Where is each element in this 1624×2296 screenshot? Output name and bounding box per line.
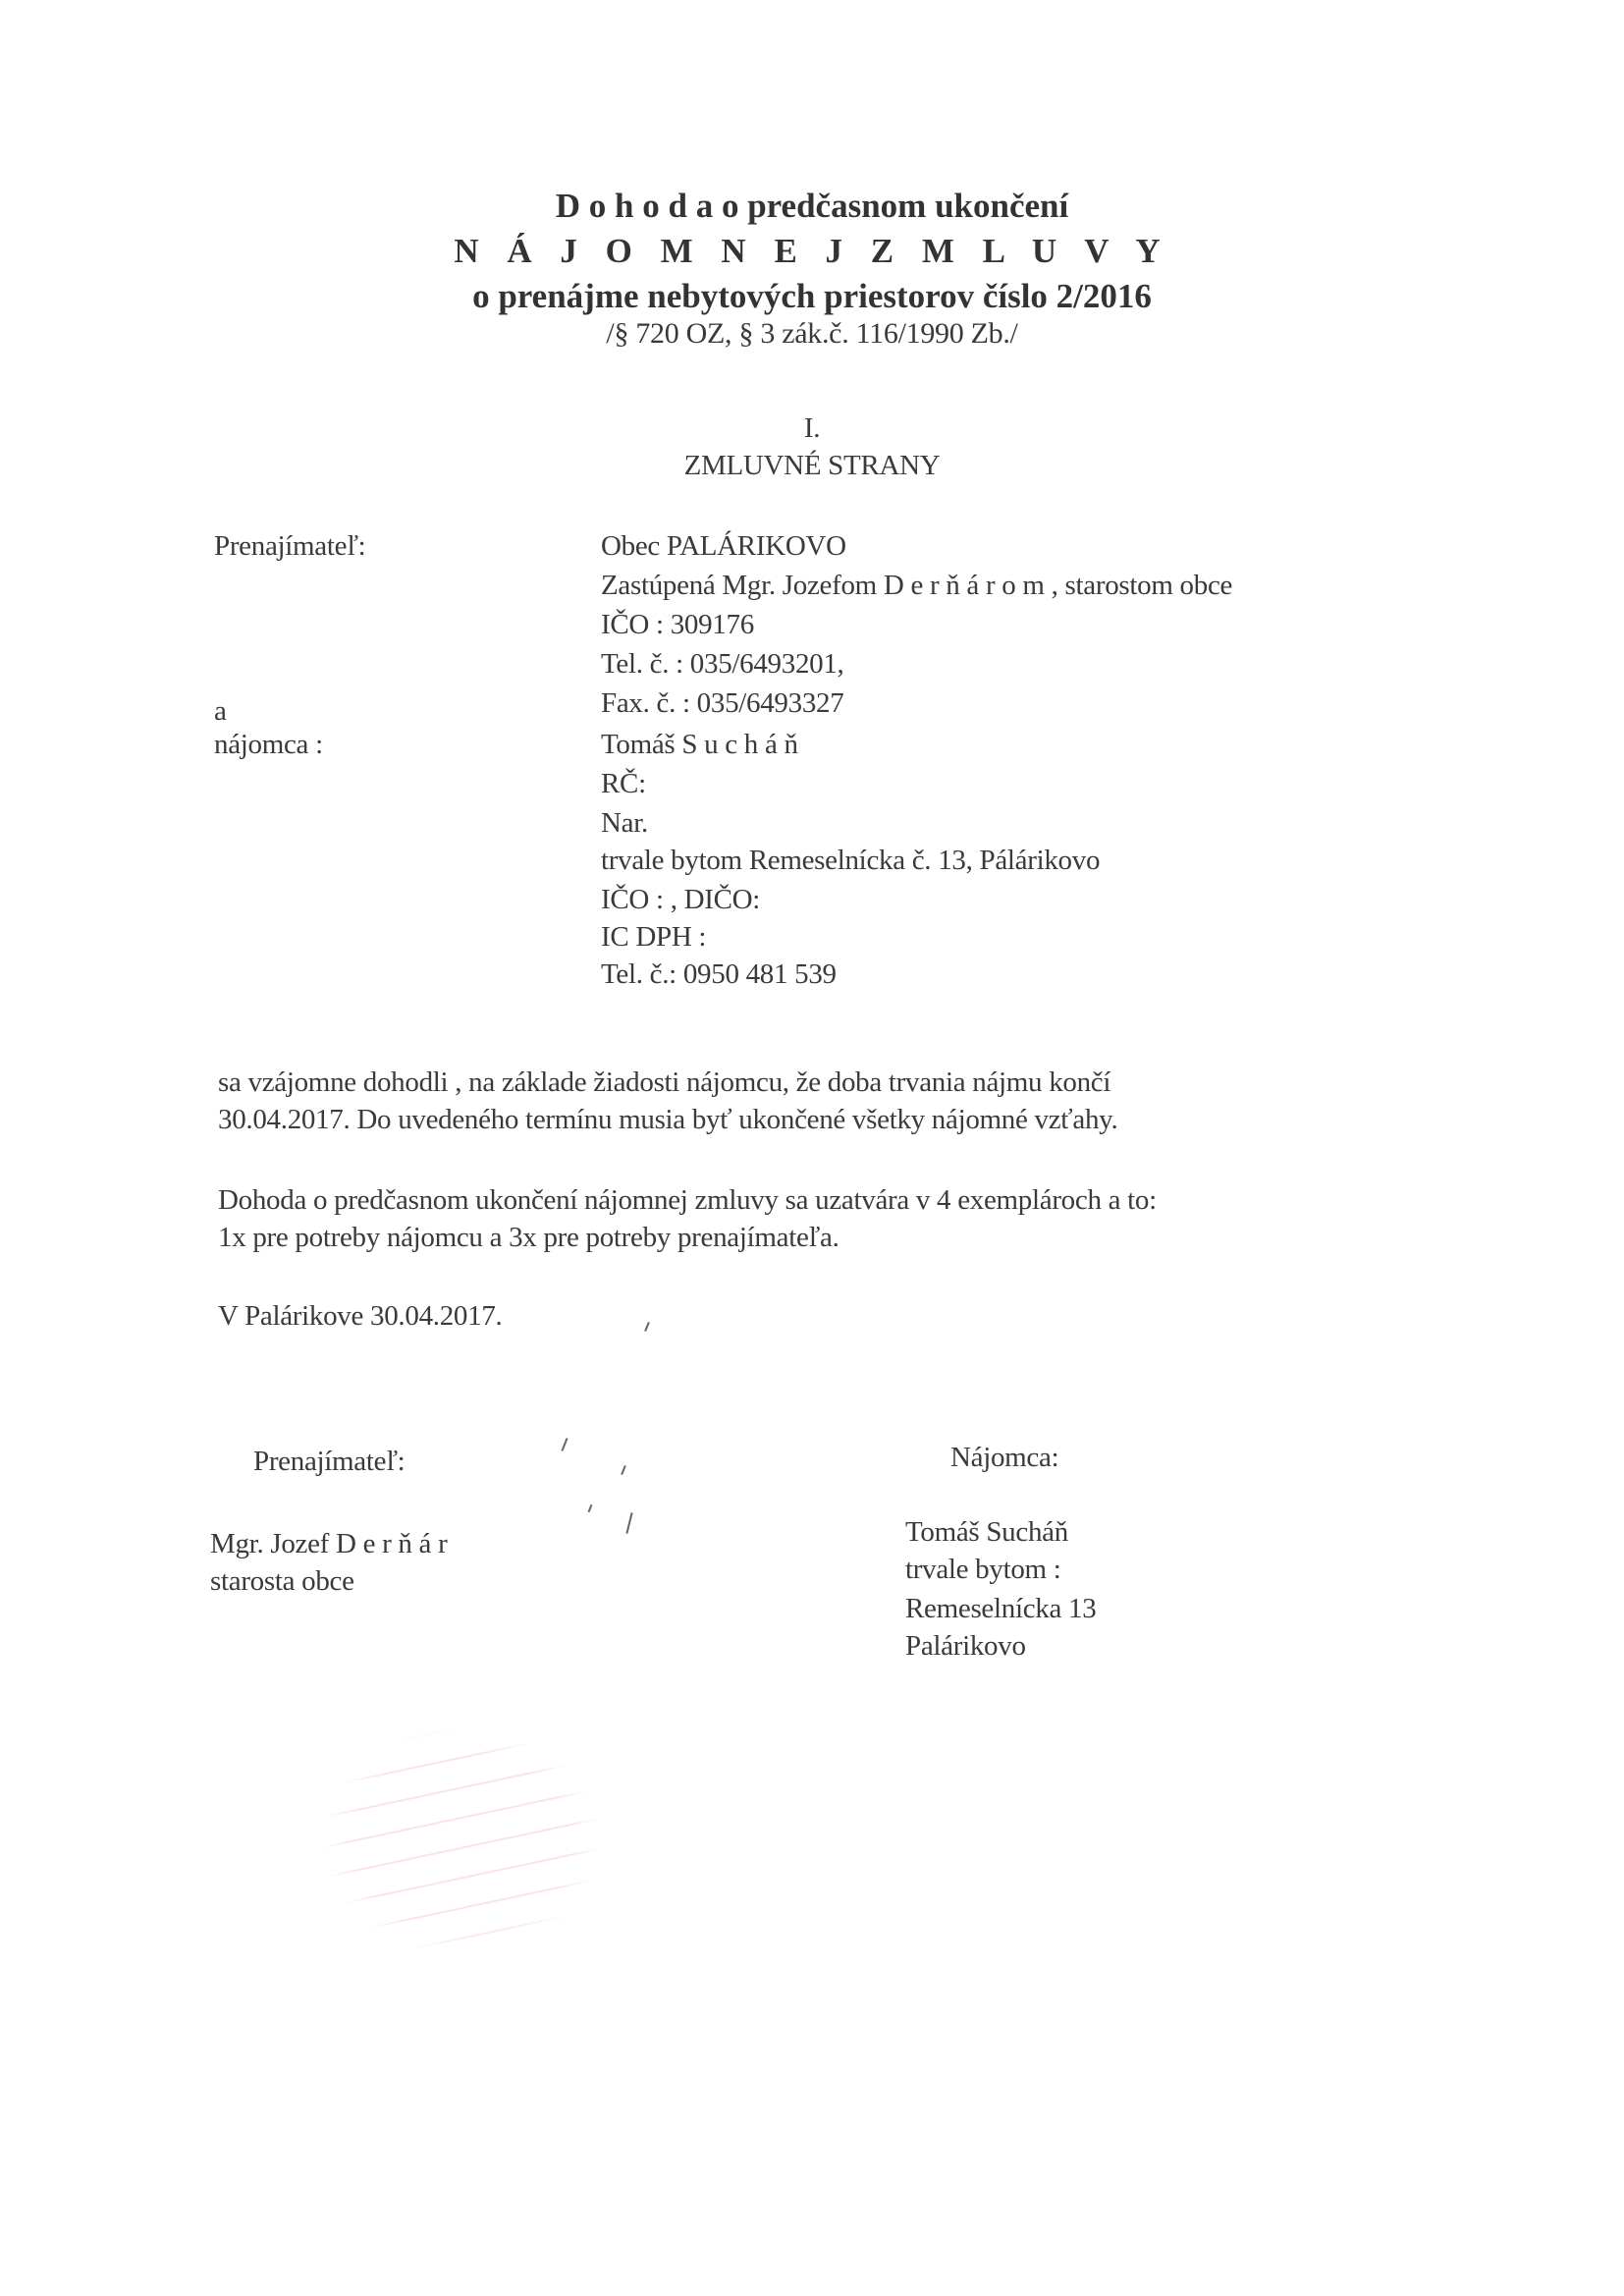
tenant-ico-dic: IČO : , DIČO: (601, 884, 760, 916)
signature-stroke (644, 1322, 650, 1332)
conjunction: a (214, 695, 227, 728)
tenant-name: Tomáš S u c h á ň (601, 729, 798, 761)
tenant-birth-label: Nar. (601, 807, 648, 839)
signature-tenant-name: Tomáš Sucháň (905, 1516, 1068, 1549)
redacted-field (646, 775, 764, 793)
landlord-tel: Tel. č. : 035/6493201, (601, 648, 844, 681)
signature-tenant-label: Nájomca: (950, 1442, 1058, 1474)
tenant-label: nájomca : (214, 729, 323, 761)
tenant-address: trvale bytom Remeselnícka č. 13, Pálárik… (601, 845, 1100, 877)
redacted-field (648, 814, 766, 832)
signature-landlord-role: starosta obce (210, 1565, 354, 1598)
signature-tenant-address-3: Palárikovo (905, 1630, 1026, 1663)
official-stamp (324, 1728, 599, 1954)
tenant-birth: Nar. (601, 807, 766, 840)
paragraph-2-line-1: Dohoda o predčasnom ukončení nájomnej zm… (218, 1184, 1157, 1217)
signature-tenant-address-2: Remeselnícka 13 (905, 1593, 1096, 1625)
legal-reference: /§ 720 OZ, § 3 zák.č. 116/1990 Zb./ (0, 317, 1624, 351)
tenant-tel: Tel. č.: 0950 481 539 (601, 958, 837, 991)
landlord-fax: Fax. č. : 035/6493327 (601, 687, 843, 720)
signature-stroke (588, 1504, 593, 1512)
landlord-represented: Zastúpená Mgr. Jozefom D e r ň á r o m ,… (601, 570, 1232, 602)
landlord-name: Obec PALÁRIKOVO (601, 530, 846, 563)
place-date: V Palárikove 30.04.2017. (218, 1300, 502, 1333)
title-line-1: D o h o d a o predčasnom ukončení (0, 187, 1624, 226)
signature-stroke (621, 1465, 626, 1475)
landlord-ico: IČO : 309176 (601, 609, 754, 641)
signature-landlord-name: Mgr. Jozef D e r ň á r (210, 1528, 447, 1560)
paragraph-1-line-1: sa vzájomne dohodli , na základe žiadost… (218, 1066, 1110, 1099)
signature-landlord-label: Prenajímateľ: (253, 1446, 405, 1478)
tenant-rc-label: RČ: (601, 768, 646, 799)
landlord-label: Prenajímateľ: (214, 530, 365, 563)
title-line-3: o prenájme nebytových priestorov číslo 2… (0, 277, 1624, 316)
paragraph-2-line-2: 1x pre potreby nájomcu a 3x pre potreby … (218, 1222, 839, 1254)
signature-stroke (625, 1512, 632, 1534)
signature-tenant-address-1: trvale bytom : (905, 1554, 1061, 1586)
tenant-rc: RČ: (601, 768, 764, 800)
section-number: I. (0, 412, 1624, 445)
tenant-ic-dph: IC DPH : (601, 921, 706, 954)
signature-stroke (561, 1438, 568, 1451)
title-line-2: N Á J O M N E J Z M L U V Y (0, 232, 1624, 271)
section-heading: ZMLUVNÉ STRANY (0, 450, 1624, 482)
paragraph-1-line-2: 30.04.2017. Do uvedeného termínu musia b… (218, 1104, 1117, 1136)
